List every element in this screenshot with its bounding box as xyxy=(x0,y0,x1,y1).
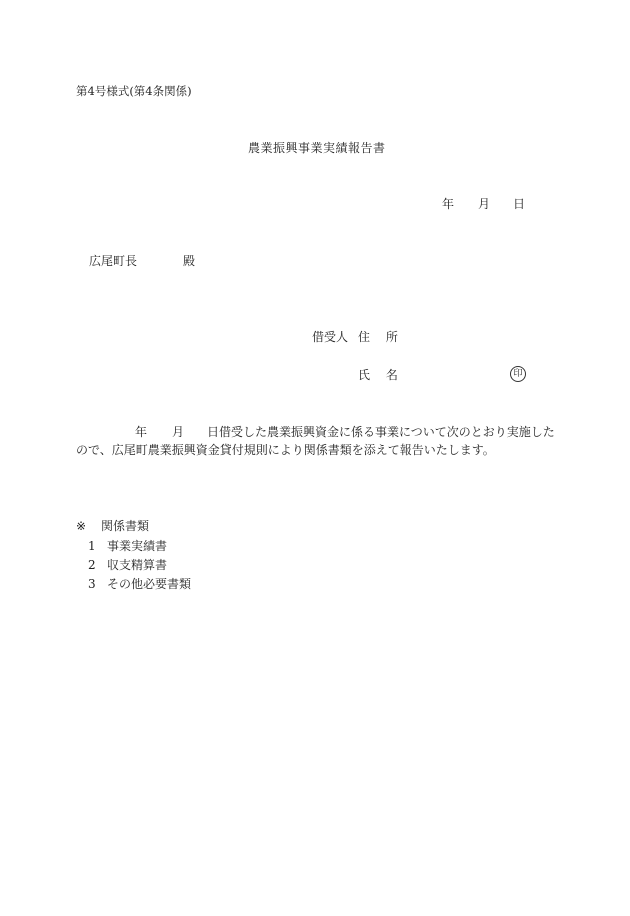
addressee-honorific: 殿 xyxy=(183,254,195,268)
attachment-item-number: 3 xyxy=(88,577,96,591)
address-label: 住 所 xyxy=(358,330,404,344)
date-month-label: 月 xyxy=(478,197,490,211)
name-label: 氏 名 xyxy=(358,368,404,382)
addressee-name: 広尾町長 xyxy=(89,254,137,268)
body-year-label: 年 xyxy=(135,425,147,439)
attachment-item-number: 2 xyxy=(88,558,96,572)
attachments-title: 関係書類 xyxy=(101,519,149,533)
borrower-label: 借受人 xyxy=(312,330,348,344)
note-mark: ※ xyxy=(76,519,86,533)
attachment-item-label: 事業実績書 xyxy=(107,539,167,553)
attachment-item-label: その他必要書類 xyxy=(107,577,191,591)
body-month-label: 月 xyxy=(172,425,184,439)
document-title: 農業振興事業実績報告書 xyxy=(248,141,386,155)
date-year-label: 年 xyxy=(442,197,454,211)
attachment-item-number: 1 xyxy=(88,539,96,553)
attachment-item-label: 収支精算書 xyxy=(107,558,167,572)
form-number: 第4号様式(第4条関係) xyxy=(76,84,192,98)
date-day-label: 日 xyxy=(513,197,525,211)
body-text-line2: ので、広尾町農業振興資金貸付規則により関係書類を添えて報告いたします。 xyxy=(76,443,495,457)
seal-icon: 印 xyxy=(510,366,526,382)
body-text-line1: 日借受した農業振興資金に係る事業について次のとおり実施した xyxy=(207,425,555,439)
